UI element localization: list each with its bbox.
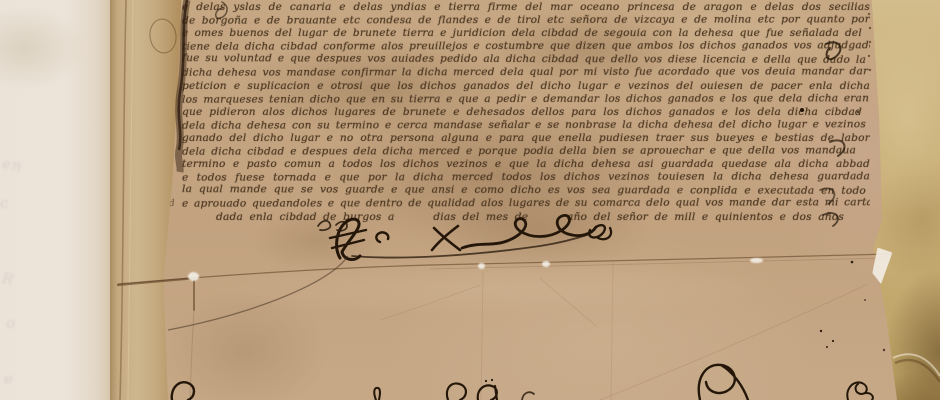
showthrough-text: c	[0, 196, 10, 212]
showthrough-text: e	[3, 372, 14, 388]
left-facing-page: en c R o e	[0, 0, 126, 400]
showthrough-text: o	[5, 316, 16, 332]
manuscript-line: dela dicha dehesa con su termino e cerca…	[182, 118, 870, 133]
manuscript-line: e omes buenos del lugar de brunete tierr…	[182, 27, 870, 40]
tear-backing-white	[542, 261, 550, 267]
manuscript-line: termino e pasto comun a todos los dichos…	[182, 158, 870, 171]
manuscript-line: e aprouado quedandoles e que dentro de q…	[182, 197, 870, 212]
manuscript-sheet: e delas yslas de canaria e delas yndias …	[156, 0, 897, 400]
showthrough-text: en	[1, 157, 23, 175]
manuscript-line: dicha dehesa vos mandase confirmar la di…	[182, 66, 870, 81]
tear-backing-white	[478, 263, 485, 269]
manuscript-line: dela dicha cibdad e despues dela dicha m…	[182, 144, 870, 159]
manuscript-line: ganado del dicho lugar e no otra persona…	[182, 132, 870, 145]
manuscript-line: de borgoña e de brauante etc condesa de …	[182, 13, 870, 28]
showthrough-text: R	[1, 271, 16, 288]
tear-backing-white	[188, 272, 199, 281]
manuscript-line: los marqueses tenian dicho que en su tie…	[182, 92, 870, 107]
manuscript-photo: en c R o e e delas yslas de canaria e de…	[0, 0, 940, 400]
manuscript-line: que pidieron alos dichos lugares de brun…	[182, 106, 870, 119]
manuscript-text-block: e delas yslas de canaria e delas yndias …	[182, 1, 870, 224]
tear-backing-white	[750, 258, 763, 263]
manuscript-line: dada enla cibdad de burgos a dias del me…	[182, 211, 870, 224]
manuscript-line: peticion e suplicacion e otrosi que los …	[182, 80, 870, 93]
manuscript-line: e delas yslas de canaria e delas yndias …	[182, 1, 870, 14]
